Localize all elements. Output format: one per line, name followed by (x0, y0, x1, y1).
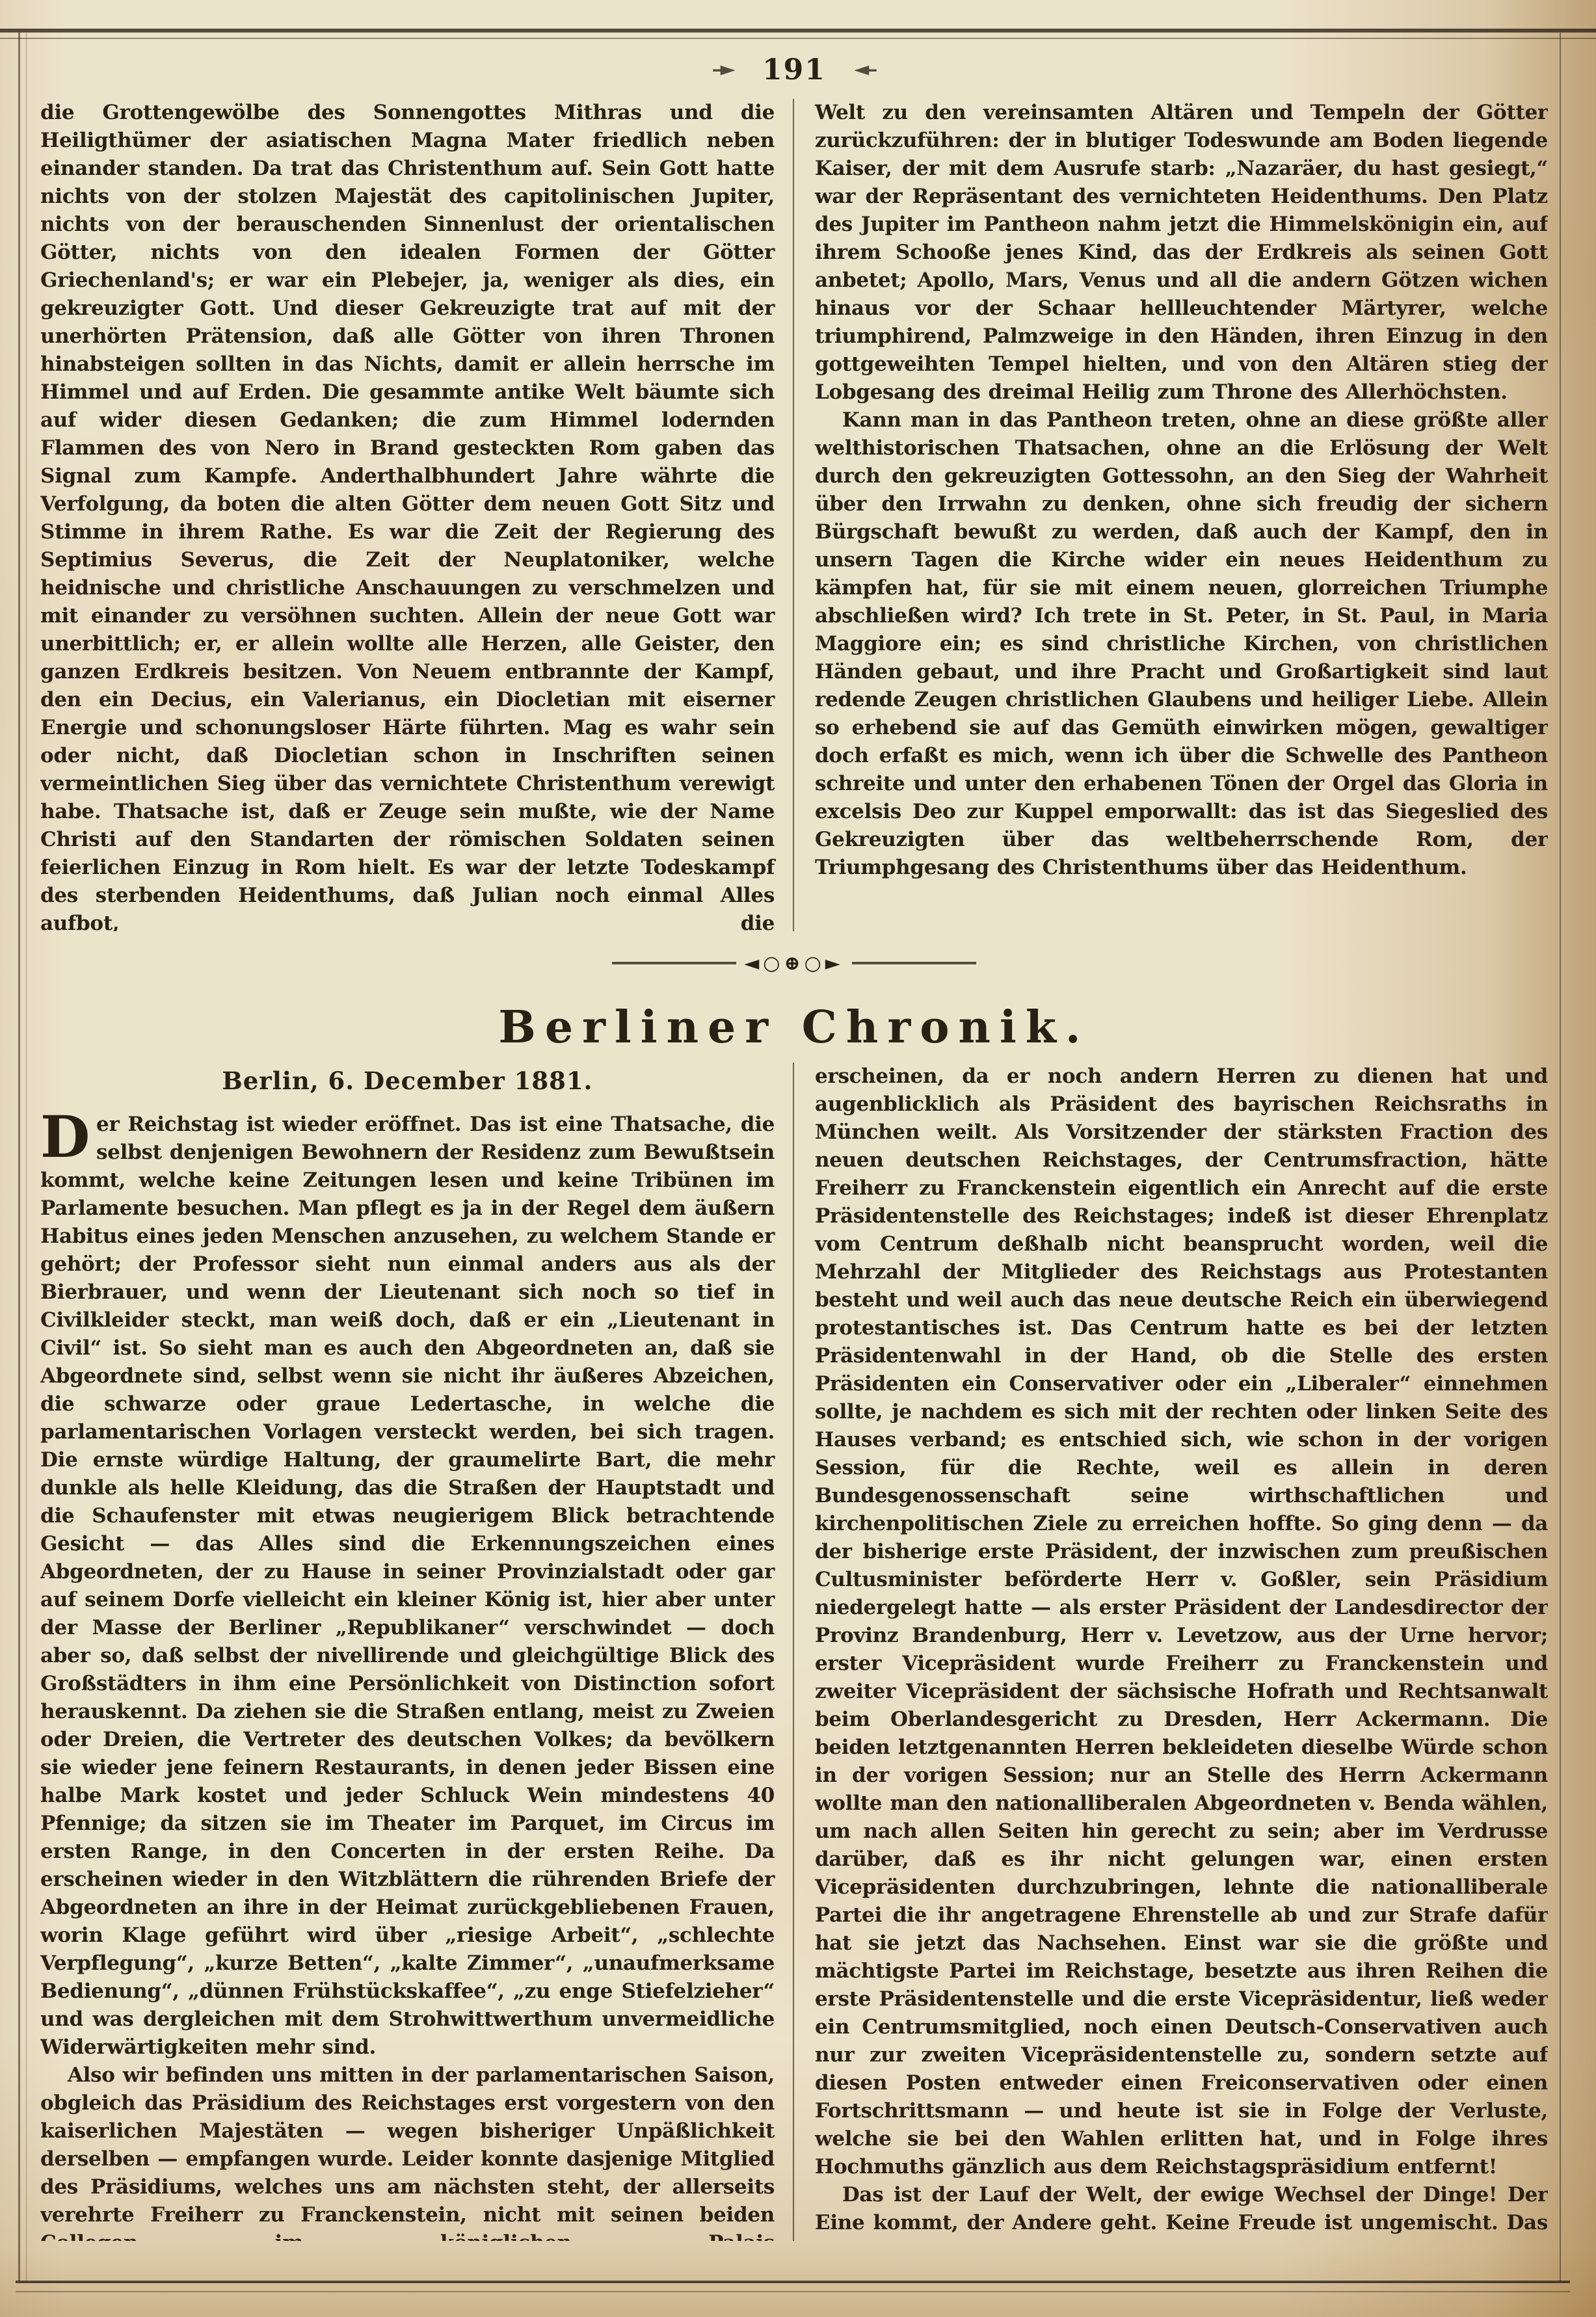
bottom-border-rule-thin (16, 2291, 1570, 2292)
divider-line-left (612, 962, 736, 964)
drop-cap: D (40, 1111, 96, 1160)
page-number-ornament-right-icon: ◄– (854, 58, 876, 81)
printer-ornament-icon: ◄○⊕○► (744, 952, 844, 975)
paragraph: Also wir befinden uns mitten in der parl… (40, 2061, 775, 2241)
paragraph: Welt zu den vereinsamten Altären und Tem… (815, 99, 1548, 406)
top-border-rule (0, 29, 1596, 33)
page-header: –► 191 ◄– (40, 42, 1548, 98)
right-frame-rule (1560, 33, 1561, 2281)
continuation-left-column: die Grottengewölbe des Sonnengottes Mith… (40, 99, 794, 931)
bottom-border-rule (16, 2281, 1570, 2283)
dateline: Berlin, 6. December 1881. (40, 1066, 775, 1095)
page-content: –► 191 ◄– die Grottengewölbe des Sonneng… (40, 42, 1548, 2241)
paragraph: Das ist der Lauf der Welt, der ewige Wec… (815, 2181, 1548, 2241)
paragraph: Kann man in das Pantheon treten, ohne an… (815, 406, 1548, 882)
divider-line-right (852, 962, 976, 964)
chronik-left-column: Berlin, 6. December 1881. Der Reichstag … (40, 1063, 794, 2241)
paragraph: erscheinen, da er noch andern Herren zu … (815, 1063, 1548, 2181)
left-frame-rule (18, 33, 27, 2281)
article-continuation-section: die Grottengewölbe des Sonnengottes Mith… (40, 99, 1548, 931)
paragraph: die Grottengewölbe des Sonnengottes Mith… (40, 99, 775, 931)
chronik-left-paragraphs: Der Reichstag ist wieder eröffnet. Das i… (40, 1111, 775, 2241)
section-divider-ornament: ◄○⊕○► (612, 948, 976, 978)
continuation-right-column: Welt zu den vereinsamten Altären und Tem… (794, 99, 1548, 931)
top-border-rule-thin (0, 38, 1596, 39)
section-title: Berliner Chronik. (40, 1001, 1548, 1053)
page-number: 191 (762, 53, 826, 86)
berliner-chronik-section: Berlin, 6. December 1881. Der Reichstag … (40, 1063, 1548, 2241)
page-number-ornament-left-icon: –► (712, 58, 734, 81)
paragraph: Der Reichstag ist wieder eröffnet. Das i… (40, 1111, 775, 2061)
chronik-right-column: erscheinen, da er noch andern Herren zu … (794, 1063, 1548, 2241)
newspaper-page: –► 191 ◄– die Grottengewölbe des Sonneng… (0, 0, 1596, 2317)
